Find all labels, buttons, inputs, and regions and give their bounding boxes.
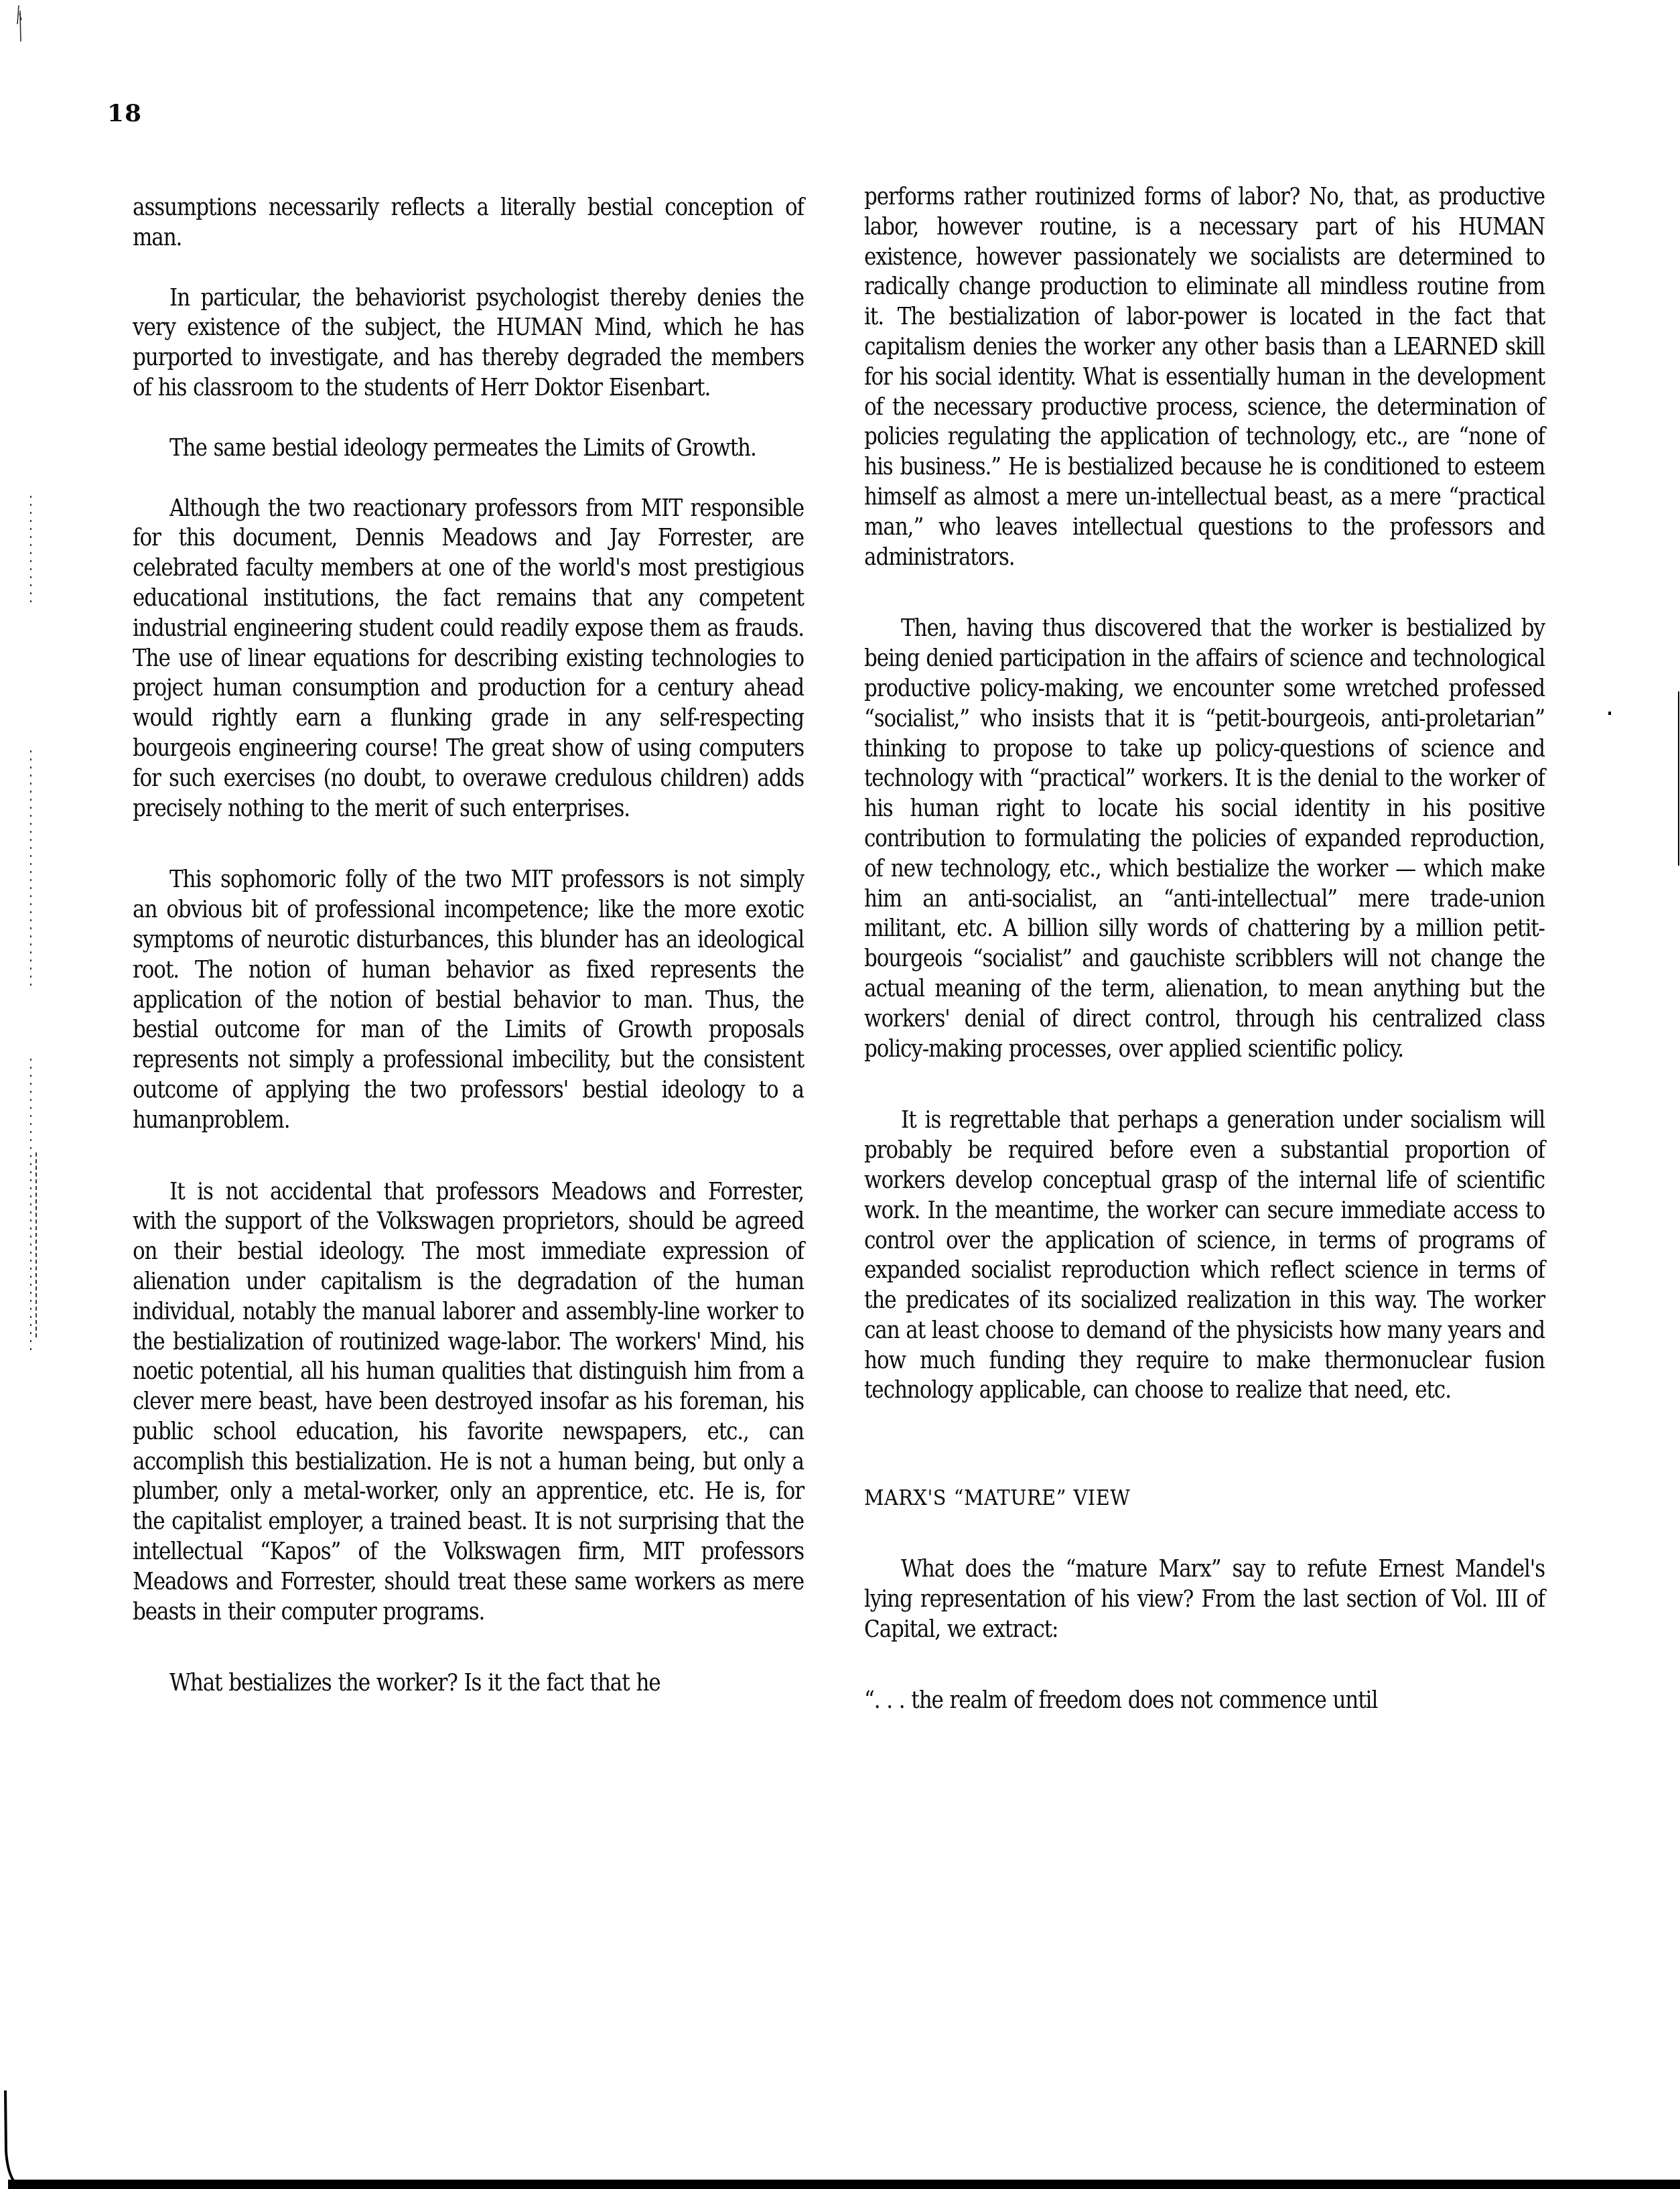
scan-speck [1608, 712, 1611, 715]
paragraph: The same bestial ideology permeates the … [133, 434, 804, 464]
paragraph: This sophomoric folly of the two MIT pro… [133, 865, 804, 1135]
scan-bottom-border [8, 2180, 1680, 2189]
paragraph: It is not accidental that professors Mea… [133, 1177, 804, 1628]
page-number: 18 [107, 99, 142, 127]
paragraph: What bestializes the worker? Is it the f… [133, 1668, 804, 1699]
scan-edge-noise-icon [27, 482, 47, 1353]
paragraph: assumptions necessarily reflects a liter… [133, 193, 804, 253]
scan-corner-mark-icon [15, 4, 24, 42]
paragraph: It is regrettable that perhaps a generat… [864, 1106, 1545, 1406]
paragraph: Although the two reactionary professors … [133, 494, 804, 824]
paragraph: performs rather routinized forms of labo… [864, 182, 1545, 572]
section-heading: MARX'S “MATURE” VIEW [864, 1483, 1545, 1513]
left-column: assumptions necessarily reflects a liter… [133, 193, 804, 1699]
paragraph: What does the “mature Marx” say to refut… [864, 1554, 1545, 1644]
scan-page-curl-icon [4, 2091, 17, 2184]
paragraph: In particular, the behaviorist psycholog… [133, 283, 804, 403]
block-quote-start: “. . . the realm of freedom does not com… [864, 1686, 1545, 1716]
scan-right-edge [1678, 691, 1679, 866]
paragraph: Then, having thus discovered that the wo… [864, 614, 1545, 1064]
right-column: performs rather routinized forms of labo… [864, 182, 1545, 1716]
